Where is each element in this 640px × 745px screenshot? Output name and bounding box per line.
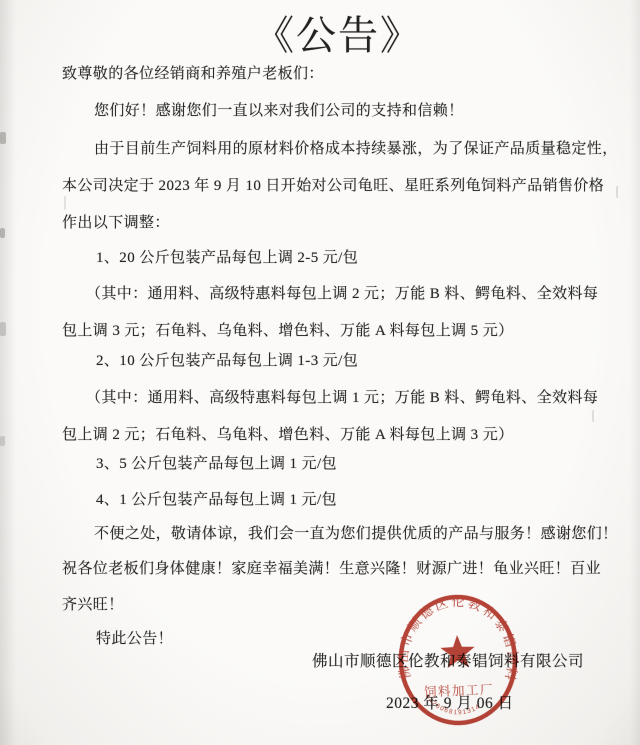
notice-line: 不便之处，敬请体谅，我们会一直为您们提供优质的产品与服务！感谢您们！ (94, 522, 618, 546)
notice-line: 4、1 公斤包装产品每包上调 1 元/包 (96, 488, 337, 512)
scan-artifact (616, 186, 618, 198)
notice-line: 致尊敬的各位经销商和养殖户老板们： (62, 62, 324, 86)
scan-artifact (0, 132, 6, 144)
notice-line: 特此公告！ (96, 627, 173, 651)
notice-title: 《公告》 (18, 4, 640, 61)
company-seal: 佛山市顺德区伦教和泰锠饲料 饲料加工厂 4426068191314 (390, 589, 527, 736)
scan-artifact (0, 436, 5, 446)
notice-line: 齐兴旺！ (62, 593, 124, 617)
scan-artifact (0, 322, 6, 336)
notice-line: 3、5 公斤包装产品每包上调 1 元/包 (96, 452, 337, 476)
scan-artifact (0, 228, 5, 238)
notice-line: （其中：通用料、高级特惠料每包上调 1 元；万能 B 料、鳄龟料、全效料每 (86, 386, 598, 410)
seal-inner-text: 饲料加工厂 (424, 682, 494, 699)
notice-line: 您们好！感谢您们一直以来对我们公司的支持和信赖！ (94, 99, 464, 123)
notice-line: 由于目前生产饲料用的原材料价格成本持续暴涨，为了保证产品质量稳定性， (94, 137, 618, 161)
notice-line: 包上调 3 元；石龟料、乌龟料、增色料、万能 A 料每包上调 5 元） (62, 319, 514, 343)
star-icon (440, 634, 475, 668)
scanned-notice-document: 《公告》 致尊敬的各位经销商和养殖户老板们： 您们好！感谢您们一直以来对我们公司… (0, 0, 640, 745)
notice-line: 祝各位老板们身体健康！家庭幸福美满！生意兴隆！财源广进！龟业兴旺！百业 (62, 557, 601, 581)
notice-line: 本公司决定于 2023 年 9 月 10 日开始对公司龟旺、星旺系列龟饲料产品销… (62, 174, 604, 198)
notice-line: 作出以下调整： (62, 211, 170, 235)
notice-line: （其中：通用料、高级特惠料每包上调 2 元；万能 B 料、鳄龟料、全效料每 (86, 282, 598, 306)
notice-line: 2、10 公斤包装产品每包上调 1-3 元/包 (96, 349, 358, 373)
scan-artifact (64, 196, 66, 210)
notice-line: 1、20 公斤包装产品每包上调 2-5 元/包 (96, 246, 358, 270)
scan-artifact (592, 410, 594, 422)
notice-line: 包上调 2 元；石龟料、乌龟料、增色料、万能 A 料每包上调 3 元） (62, 423, 514, 447)
